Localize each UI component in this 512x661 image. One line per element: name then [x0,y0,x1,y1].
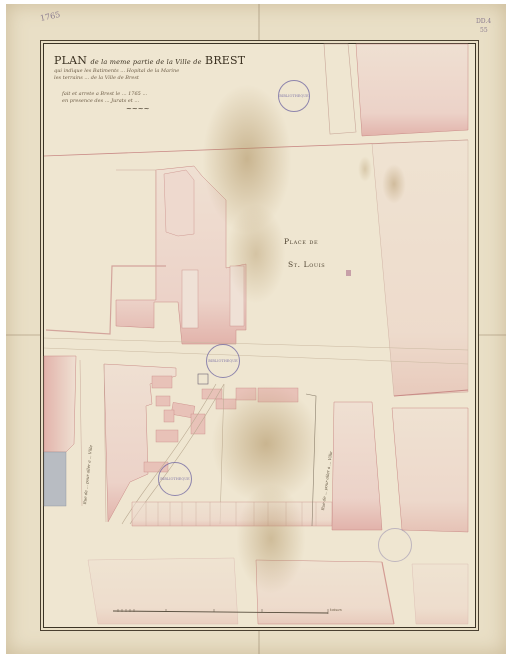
subtitle-line-1: qui indique les Batiments ... Hopital de… [54,68,179,74]
map-title: PLAN de la meme partie de la Ville de BR… [54,54,245,67]
library-stamp-right [378,528,412,562]
water-stain [358,156,372,182]
water-stain [382,164,406,204]
map-sheet: 1765 DD.4 55 [6,4,506,654]
place-label-line-1: Place de [284,237,318,246]
water-stain [236,484,306,594]
title-middle: de la meme partie de la Ville de [90,58,201,66]
library-stamp-top: BIBLIOTHEQUE [278,80,310,112]
small-marker [346,270,351,276]
subtitle-line-2: les terrains ... de la Ville de Brest [54,75,139,81]
attestation-line-1: fait et arrete a Brest le ... 1765 ... [62,91,147,97]
title-city: BREST [205,54,245,67]
signature: ~~~~ [126,105,149,113]
scale-label: toises [330,607,342,612]
library-stamp-middle: BIBLIOTHEQUE [206,344,240,378]
library-stamp-lower: BIBLIOTHEQUE [158,462,192,496]
place-label-line-2: St. Louis [288,260,325,269]
water-stain [226,204,286,304]
attestation-line-2: en presence des ... Jurats et ... [62,98,139,104]
title-lead: PLAN [54,54,87,67]
